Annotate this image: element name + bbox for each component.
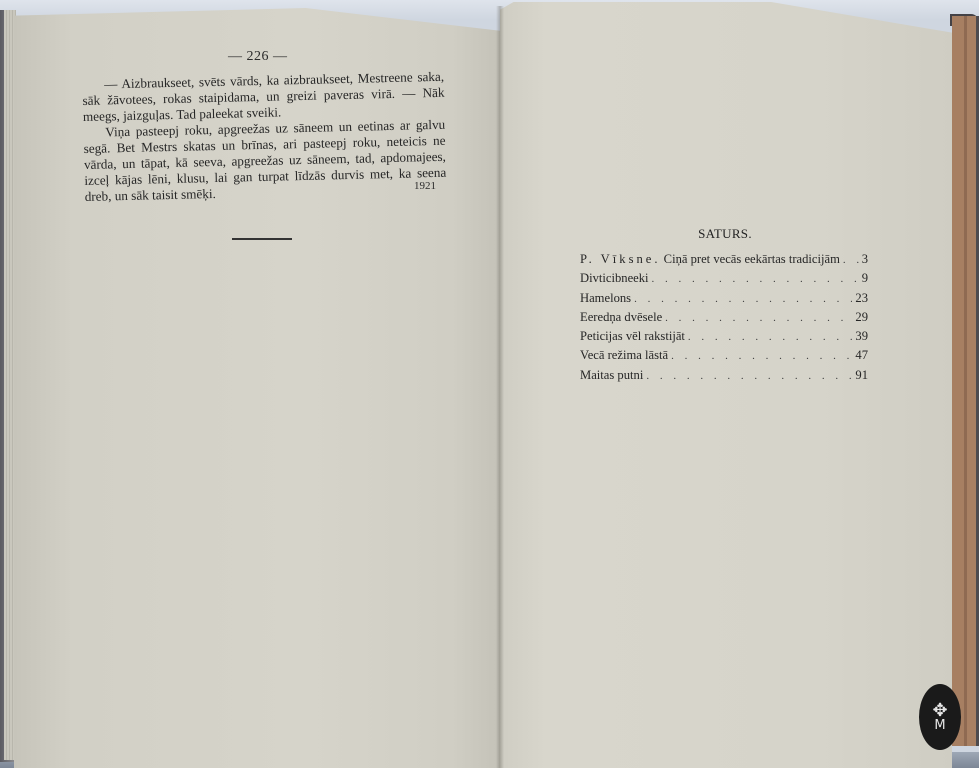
toc-leader-dots: . . . . . . . . . . . . . . . . . . . . … <box>652 270 859 289</box>
toc-title: Hamelons <box>580 289 631 308</box>
toc-page-number: 29 <box>855 308 868 327</box>
book-cover-right-edge <box>952 16 979 746</box>
left-page-text: — Aizbraukseet, svēts vārds, ka aizbrauk… <box>82 69 447 205</box>
ornament-logo-icon: ✥ M <box>919 684 961 750</box>
section-divider <box>232 238 292 240</box>
toc-leader-dots: . . . . . . . . . . . . . . . . . . . . … <box>843 251 859 270</box>
monogram-letter: M <box>934 719 945 733</box>
book-gutter <box>496 6 504 768</box>
toc-leader-dots: . . . . . . . . . . . . . . . . . . . . … <box>688 328 852 347</box>
toc-entry: Divticibneeki . . . . . . . . . . . . . … <box>580 269 868 288</box>
toc-entry: Vecā režima lāstā . . . . . . . . . . . … <box>580 346 868 365</box>
paragraph: — Aizbraukseet, svēts vārds, ka aizbrauk… <box>82 69 445 125</box>
toc-page-number: 23 <box>855 289 868 308</box>
toc-entry: Maitas putni . . . . . . . . . . . . . .… <box>580 366 868 385</box>
toc-title: Eeredņa dvēsele <box>580 308 662 327</box>
toc-title: Maitas putni <box>580 366 643 385</box>
toc-heading: SATURS. <box>580 226 870 242</box>
toc-entry: Eeredņa dvēsele . . . . . . . . . . . . … <box>580 308 868 327</box>
page-number: — 226 — <box>228 49 288 65</box>
toc-author: P. Vīksne. <box>580 252 661 266</box>
table-of-contents: P. Vīksne. Ciņā pret vecās eekārtas trad… <box>580 250 868 385</box>
toc-entry-label: P. Vīksne. Ciņā pret vecās eekārtas trad… <box>580 250 840 269</box>
toc-leader-dots: . . . . . . . . . . . . . . . . . . . . … <box>634 290 852 309</box>
toc-page-number: 39 <box>855 327 868 346</box>
toc-page-number: 9 <box>862 269 868 288</box>
toc-title: Vecā režima lāstā <box>580 346 668 365</box>
toc-entry: Hamelons . . . . . . . . . . . . . . . .… <box>580 289 868 308</box>
toc-leader-dots: . . . . . . . . . . . . . . . . . . . . … <box>671 347 852 366</box>
toc-entry: Peticijas vēl rakstijāt . . . . . . . . … <box>580 327 868 346</box>
toc-title: Ciņā pret vecās eekārtas tradicijām <box>664 252 840 266</box>
toc-title: Divticibneeki <box>580 269 649 288</box>
toc-leader-dots: . . . . . . . . . . . . . . . . . . . . … <box>646 367 852 386</box>
toc-page-number: 91 <box>855 366 868 385</box>
book-photo: — 226 — — Aizbraukseet, svēts vārds, ka … <box>0 0 979 768</box>
paragraph: Viņa pasteepj roku, apgreežas uz sāneem … <box>83 117 447 205</box>
toc-page-number: 3 <box>862 250 868 269</box>
toc-entry: P. Vīksne. Ciņā pret vecās eekārtas trad… <box>580 250 868 269</box>
toc-page-number: 47 <box>855 346 868 365</box>
cross-ornament-icon: ✥ <box>932 701 947 719</box>
year-label: 1921 <box>414 180 436 192</box>
toc-title: Peticijas vēl rakstijāt <box>580 327 685 346</box>
toc-leader-dots: . . . . . . . . . . . . . . . . . . . . … <box>665 309 852 328</box>
